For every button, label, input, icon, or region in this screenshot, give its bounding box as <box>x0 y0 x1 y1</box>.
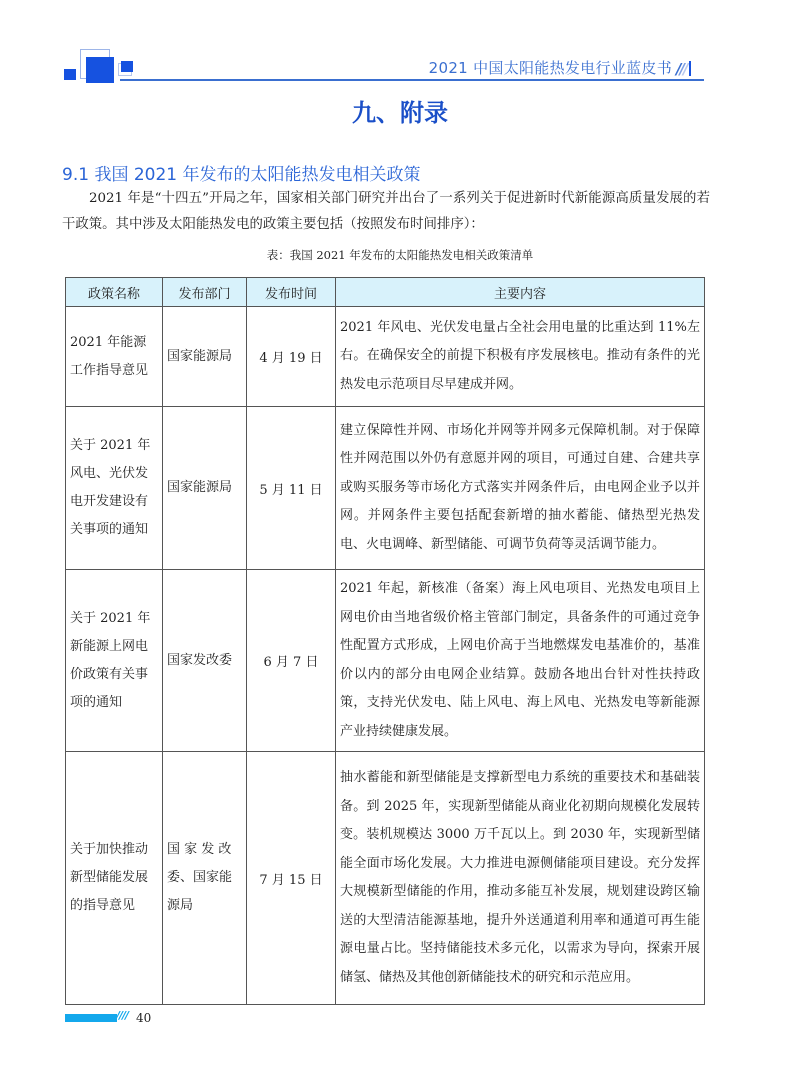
header-slashes-icon: /// <box>676 60 691 78</box>
policy-name: 2021 年能源工作指导意见 <box>66 307 163 407</box>
table-row: 关于 2021 年风电、光伏发电开发建设有关事项的通知 国家能源局 5 月 11… <box>66 407 705 570</box>
policy-date: 6 月 7 日 <box>247 570 336 752</box>
policy-dept: 国 家 发 改 委、国家能源局 <box>163 752 247 1005</box>
logo-square-right <box>121 61 133 72</box>
table-row: 关于加快推动新型储能发展的指导意见 国 家 发 改 委、国家能源局 7 月 15… <box>66 752 705 1005</box>
column-header-dept: 发布部门 <box>163 278 247 307</box>
header-rule <box>120 79 704 81</box>
column-header-content: 主要内容 <box>336 278 705 307</box>
footer-bar <box>65 1014 117 1022</box>
table-header-row: 政策名称 发布部门 发布时间 主要内容 <box>66 278 705 307</box>
policy-name: 关于 2021 年风电、光伏发电开发建设有关事项的通知 <box>66 407 163 570</box>
logo-square-large <box>86 57 114 83</box>
policy-date: 5 月 11 日 <box>247 407 336 570</box>
page-number: 40 <box>136 1011 151 1025</box>
policy-content: 抽水蓄能和新型储能是支撑新型电力系统的重要技术和基础装备。到 2025 年，实现… <box>336 752 705 1005</box>
table-caption: 表：我国 2021 年发布的太阳能热发电相关政策清单 <box>0 247 800 263</box>
policy-dept: 国家能源局 <box>163 407 247 570</box>
policy-date: 4 月 19 日 <box>247 307 336 407</box>
policy-dept: 国家发改委 <box>163 570 247 752</box>
intro-paragraph: 2021 年是“十四五”开局之年，国家相关部门研究并出台了一系列关于促进新时代新… <box>62 186 710 238</box>
policy-date: 7 月 15 日 <box>247 752 336 1005</box>
book-title: 2021 中国太阳能热发电行业蓝皮书 <box>429 57 672 78</box>
policy-dept: 国家能源局 <box>163 307 247 407</box>
policy-content: 2021 年风电、光伏发电量占全社会用电量的比重达到 11%左右。在确保安全的前… <box>336 307 705 407</box>
policy-content: 2021 年起，新核准（备案）海上风电项目、光热发电项目上网电价由当地省级价格主… <box>336 570 705 752</box>
logo-square-small <box>64 69 76 80</box>
policy-name: 关于 2021 年新能源上网电价政策有关事项的通知 <box>66 570 163 752</box>
table-row: 关于 2021 年新能源上网电价政策有关事项的通知 国家发改委 6 月 7 日 … <box>66 570 705 752</box>
table-row: 2021 年能源工作指导意见 国家能源局 4 月 19 日 2021 年风电、光… <box>66 307 705 407</box>
policy-name: 关于加快推动新型储能发展的指导意见 <box>66 752 163 1005</box>
chapter-title: 九、附录 <box>0 93 800 128</box>
column-header-date: 发布时间 <box>247 278 336 307</box>
policy-table: 政策名称 发布部门 发布时间 主要内容 2021 年能源工作指导意见 国家能源局… <box>65 277 705 1005</box>
column-header-name: 政策名称 <box>66 278 163 307</box>
section-title: 9.1 我国 2021 年发布的太阳能热发电相关政策 <box>62 160 421 185</box>
footer-slashes-icon: //// <box>116 1009 128 1022</box>
policy-content: 建立保障性并网、市场化并网等并网多元保障机制。对于保障性并网范围以外仍有意愿并网… <box>336 407 705 570</box>
